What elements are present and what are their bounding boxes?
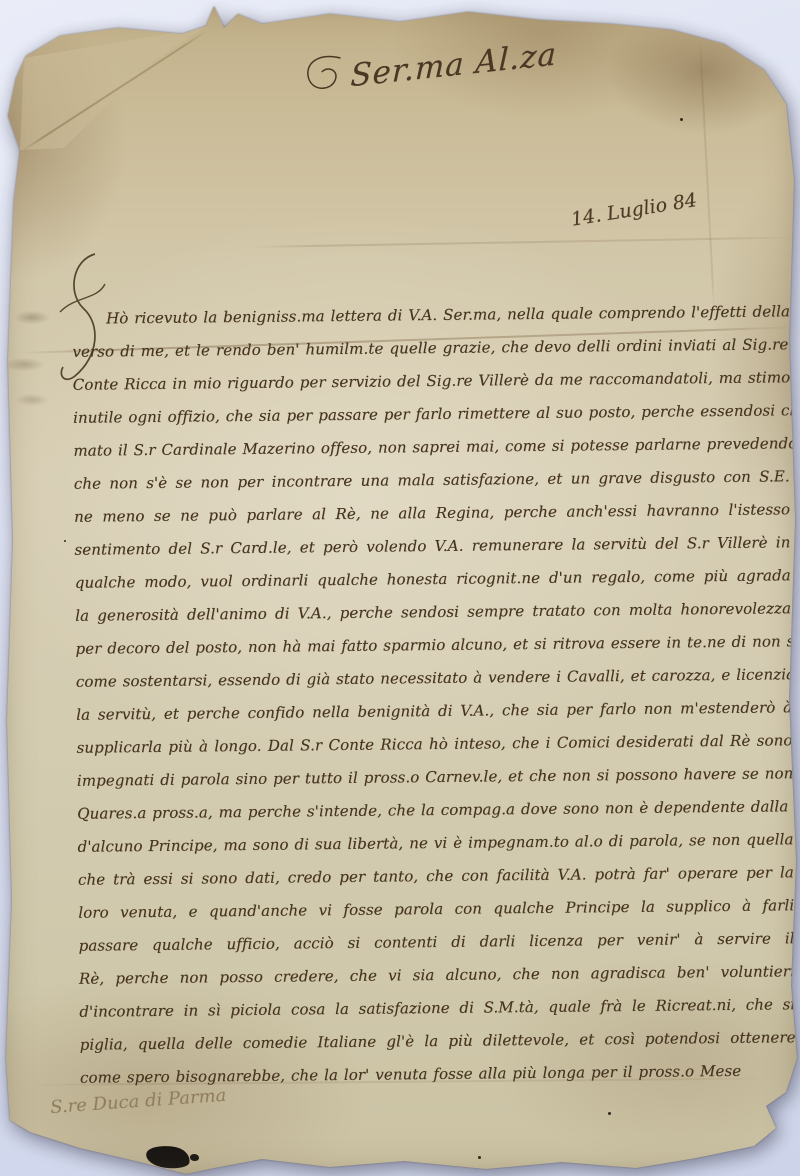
manuscript-paper: Ser.ma Al.za 14. Luglio 84 Hò ricevuto l…: [0, 0, 800, 1176]
letter-body: Hò ricevuto la benigniss.ma lettera di V…: [72, 295, 796, 1094]
letter-date: 14. Luglio 84: [569, 179, 760, 230]
fold-crease-upper: [250, 236, 795, 248]
ink-speck: [680, 118, 683, 121]
fold-crease-vertical: [699, 41, 715, 311]
paper-shadow: Ser.ma Al.za 14. Luglio 84 Hò ricevuto l…: [0, 0, 800, 1176]
ink-speck: [608, 1112, 611, 1115]
ink-speck: [690, 340, 692, 342]
manuscript-photograph: Ser.ma Al.za 14. Luglio 84 Hò ricevuto l…: [0, 0, 800, 1176]
ink-blot: [145, 1143, 192, 1171]
ink-speck: [478, 1156, 481, 1159]
ink-speck: [64, 540, 66, 542]
ink-blot-small: [190, 1154, 199, 1161]
salutation-abbreviation: Ser.ma Al.za: [299, 16, 575, 118]
header-flourish-icon: [300, 49, 351, 108]
salutation-text: Ser.ma Al.za: [350, 36, 558, 94]
fold-crease-corner: [21, 30, 207, 151]
